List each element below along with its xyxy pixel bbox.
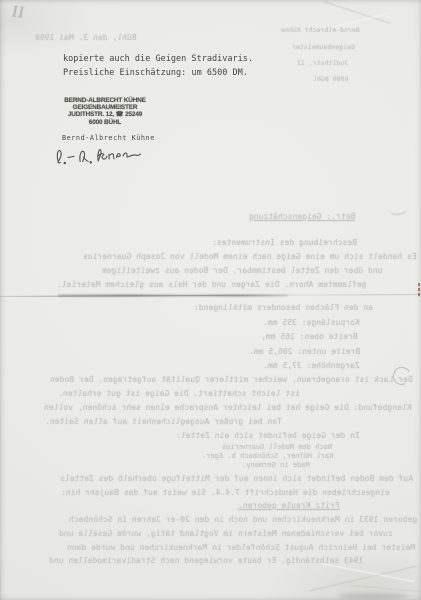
bleed-body-line: Made in Germany. [242, 461, 310, 469]
bleed-body-line: geflammtem Ahorn. Die Zargen und der Hal… [57, 280, 367, 289]
bleed-body-line: Meister bei Heinrich August Schönfelder … [67, 543, 415, 552]
bleed-body-line: Fritz Kreule geboren. [238, 501, 340, 510]
bleed-body-line: Breite unten: 206,5 mm. [249, 347, 360, 356]
typed-line-price-estimate: Preisliche Einschätzung: um 6500 DM. [63, 68, 248, 78]
address-stamp: BERND-ALBRECHT KÜHNEGEIGENBAUMEISTERJUDI… [55, 97, 155, 126]
bleed-body-line: ist leicht schattiert. Die Geige ist gut… [58, 389, 300, 398]
bleed-body-line: Auf dem Boden befindet sich innen auf de… [60, 474, 413, 483]
bleed-sender-line: 6000 Bühl [313, 75, 348, 83]
fold-smudge [58, 294, 288, 298]
bleed-body-line: Breite oben: 165 mm, [261, 332, 358, 341]
stamp-line: JUDITHSTR. 12, ☎ 25249 [55, 111, 155, 118]
bleed-body-line: 1943 selbständig. Er baute vorwiegend na… [49, 556, 363, 565]
bleed-body-line: Es handelt sich um eine Geige nach einem… [83, 252, 417, 261]
bleed-body-line: Der Lack ist orangebraun, weicher mittle… [50, 375, 413, 384]
bleed-body-line: Ton bei großer Ausgeglichenheit auf alle… [45, 417, 282, 426]
bleed-body-line: Betr.: Geigenschätzung [249, 212, 355, 221]
typed-line-continuation: kopierte auch die Geigen Stradivaris. [63, 54, 253, 64]
scanned-letter-page: II Bühl, den 3. Mai 1990Bernd-Albrecht K… [0, 0, 421, 600]
bleed-body-line: eingeschrieben die Handschrift 7.4.4. Si… [61, 488, 390, 497]
bleed-sender-line: Geigenbaumeister [292, 43, 355, 51]
bleed-body-line: und über den Zettel bestimmbar. Der Bode… [102, 266, 383, 275]
corner-crease [321, 563, 414, 582]
bleed-date-line: Bühl, den 3. Mai 1990 [35, 33, 137, 42]
bottom-edge-smudge [338, 593, 408, 599]
bleed-body-line: Korpuslänge: 355 mm. [263, 318, 360, 327]
bleed-body-line: Karl Höfner, Schönbach b. Eger. [202, 452, 333, 460]
stamp-line: 6000 BÜHL [55, 118, 155, 125]
bleed-body-line: Nach dem Modell Guarnerius [222, 443, 332, 451]
bleed-body-line: Klangbefund: Die Geige hat bei leichter … [44, 403, 412, 412]
bleed-body-line: Zargenhöhe: 37,5 mm. [263, 361, 360, 370]
bleed-body-line: Beschreibung des Instrumentes: [212, 238, 357, 247]
bleed-body-line: geboren 1933 in Markneukirchen und noch … [69, 515, 417, 524]
bleed-sender-line: Bernd-Albrecht Kühne [281, 26, 360, 34]
bleed-body-line: zuvor bei verschiedenen Meistern im Vogt… [59, 529, 393, 538]
bleed-sender-line: Judithstr. 12 [297, 59, 348, 67]
indent-squiggle-mark [388, 201, 408, 215]
bleed-body-line: In der Geige befindet sich ein Zettel: [176, 431, 360, 440]
red-edge-mark [418, 283, 420, 297]
handwritten-signature [54, 141, 143, 170]
page-number-mark: II [10, 3, 26, 22]
corner-crease [350, 585, 420, 592]
typed-sender-name: Bernd-Albrecht Kühne [62, 134, 155, 142]
bleed-body-line: an den Flächen besonders mitklingend: [194, 303, 373, 312]
